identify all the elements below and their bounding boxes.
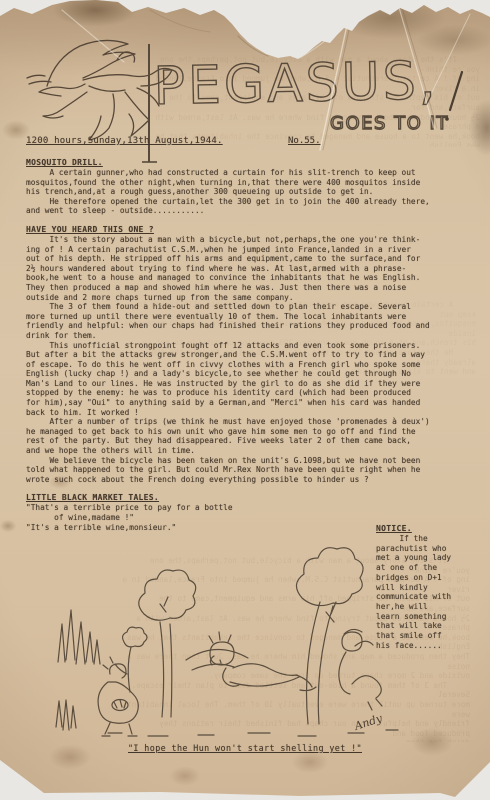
tree-icon: [139, 570, 196, 620]
typed-content: 1200 hours,Sunday,13th August,1944. No.5…: [26, 136, 472, 541]
bleedthrough-text-top: It's the story about a man with a bicycl…: [150, 55, 480, 147]
notice-column: NOTICE. If the parachutist who met a you…: [376, 524, 480, 659]
tree-icon: [296, 548, 363, 606]
pegasus-winged-horse-icon: [27, 40, 172, 140]
notice-heading: NOTICE.: [376, 524, 480, 533]
tree-icon: [307, 602, 334, 724]
grass-icon: [56, 700, 76, 730]
soldier-figure: [209, 632, 316, 691]
flower-icon: [115, 647, 131, 692]
article-body: It's the story about a man with a bicycl…: [26, 235, 472, 484]
article-have-you-heard: HAVE YOU HEARD THIS ONE ? It's the story…: [26, 225, 472, 484]
article-heading: HAVE YOU HEARD THIS ONE ?: [26, 225, 472, 234]
article-body: A certain gunner,who had constructed a c…: [26, 168, 472, 216]
grass-icon: [58, 610, 100, 664]
soldier-figure: [98, 657, 138, 736]
article-black-market-tales: LITTLE BLACK MARKET TALES. "That's a ter…: [26, 493, 356, 532]
masthead-title: PEGASUS,: [153, 51, 439, 117]
cartoonist-signature: Andy: [352, 712, 385, 734]
article-heading: LITTLE BLACK MARKET TALES.: [26, 493, 356, 502]
cartoon-drawing: Andy: [50, 542, 415, 742]
dateline: 1200 hours,Sunday,13th August,1944. No.5…: [26, 136, 472, 148]
article-heading: MOSQUITO DRILL.: [26, 158, 472, 167]
scanned-newsletter-page: { "palette": { "paper": "#d7c1a3", "ink"…: [0, 0, 490, 800]
notice-body: If the parachutist who met a young lady …: [376, 534, 480, 650]
flower-icon: [123, 627, 147, 647]
cartoon-caption: "I hope the Hun won't start shelling yet…: [0, 743, 490, 753]
dateline-datetime: 1200 hours,Sunday,13th August,1944.: [26, 136, 223, 146]
tree-icon: [160, 622, 172, 717]
article-mosquito-drill: MOSQUITO DRILL. A certain gunner,who had…: [26, 158, 472, 216]
paper-sheet: It's the story about a man with a bicycl…: [0, 0, 490, 800]
article-body: "That's a terrible price to pay for a bo…: [26, 503, 356, 532]
issue-number: No.55.: [288, 136, 321, 146]
masthead-exclamation-icon: [445, 72, 462, 121]
masthead-subtitle: GOES TO IT: [330, 113, 449, 134]
